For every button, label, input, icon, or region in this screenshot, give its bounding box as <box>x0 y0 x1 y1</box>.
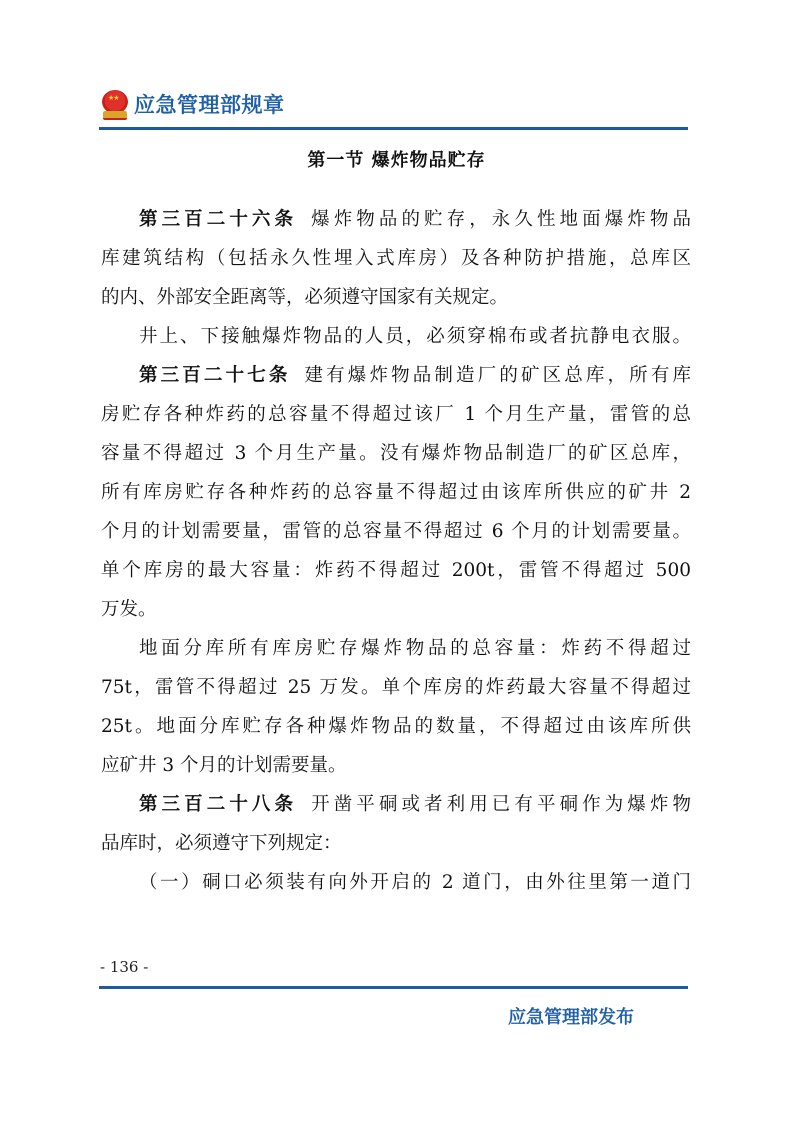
body-line: 库建筑结构（包括永久性埋入式库房）及各种防护措施，总库区 <box>101 239 691 278</box>
body-line: 地面分库所有库房贮存爆炸物品的总容量：炸药不得超过 <box>101 629 691 668</box>
body-line: 品库时，必须遵守下列规定： <box>101 824 691 863</box>
article-number: 第三百二十七条 <box>139 365 291 386</box>
document-body: 第三百二十六条爆炸物品的贮存，永久性地面爆炸物品 库建筑结构（包括永久性埋入式库… <box>101 200 691 902</box>
header-divider <box>99 127 688 130</box>
body-line: 万发。 <box>101 590 691 629</box>
body-line: 房贮存各种炸药的总容量不得超过该厂 1 个月生产量，雷管的总 <box>101 395 691 434</box>
body-line: 25t。地面分库贮存各种爆炸物品的数量，不得超过由该库所供 <box>101 707 691 746</box>
section-title: 第一节 爆炸物品贮存 <box>0 146 793 172</box>
page-number: - 136 - <box>100 958 148 976</box>
body-line: 第三百二十八条开凿平硐或者利用已有平硐作为爆炸物 <box>101 785 691 824</box>
header-title: 应急管理部规章 <box>134 89 285 119</box>
national-emblem-icon: ★★ <box>100 89 130 119</box>
body-line: 第三百二十六条爆炸物品的贮存，永久性地面爆炸物品 <box>101 200 691 239</box>
body-line: 容量不得超过 3 个月生产量。没有爆炸物品制造厂的矿区总库， <box>101 434 691 473</box>
footer-divider <box>99 986 688 989</box>
footer-publisher: 应急管理部发布 <box>508 1003 634 1029</box>
body-line: 个月的计划需要量，雷管的总容量不得超过 6 个月的计划需要量。 <box>101 512 691 551</box>
body-line: 单个库房的最大容量：炸药不得超过 200t，雷管不得超过 500 <box>101 551 691 590</box>
body-line: （一）硐口必须装有向外开启的 2 道门，由外往里第一道门 <box>101 863 691 902</box>
body-line: 应矿井 3 个月的计划需要量。 <box>101 746 691 785</box>
body-line: 所有库房贮存各种炸药的总容量不得超过由该库所供应的矿井 2 <box>101 473 691 512</box>
body-line: 75t，雷管不得超过 25 万发。单个库房的炸药最大容量不得超过 <box>101 668 691 707</box>
body-line: 的内、外部安全距离等，必须遵守国家有关规定。 <box>101 278 691 317</box>
document-header: ★★ 应急管理部规章 <box>100 84 285 124</box>
article-number: 第三百二十六条 <box>139 209 297 230</box>
body-line: 第三百二十七条建有爆炸物品制造厂的矿区总库，所有库 <box>101 356 691 395</box>
article-number: 第三百二十八条 <box>139 794 297 815</box>
body-line: 井上、下接触爆炸物品的人员，必须穿棉布或者抗静电衣服。 <box>101 317 691 356</box>
